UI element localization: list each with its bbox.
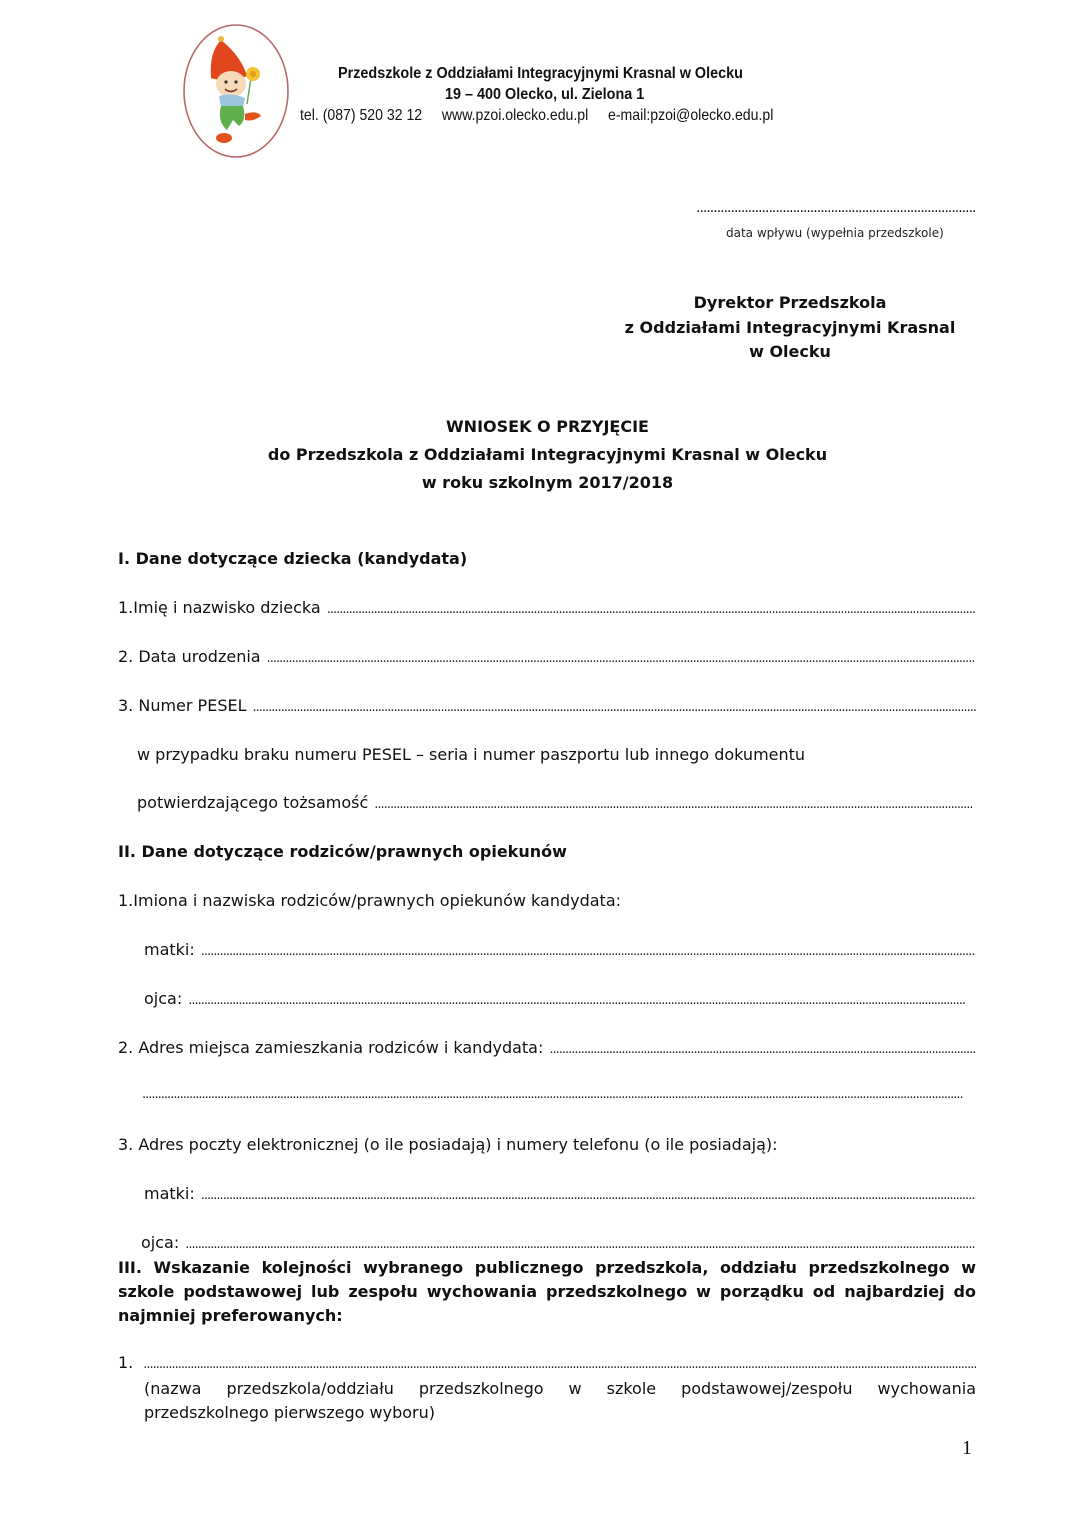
child-name-label: 1.Imię i nazwisko dziecka	[118, 598, 321, 617]
choice-1-row: 1.	[118, 1353, 976, 1372]
receipt-date-field[interactable]: ........................................…	[696, 200, 976, 218]
parents-names-label: 1.Imiona i nazwiska rodziców/prawnych op…	[118, 891, 621, 910]
gnome-mascot-logo-icon	[181, 22, 291, 160]
page-number: 1	[962, 1437, 972, 1460]
title-line3: w roku szkolnym 2017/2018	[240, 469, 855, 497]
choice-1-field[interactable]	[143, 1357, 976, 1372]
website-link[interactable]: www.pzoi.olecko.edu.pl	[442, 107, 588, 124]
pesel-note: w przypadku braku numeru PESEL – seria i…	[137, 745, 805, 764]
mother-contact-field[interactable]	[201, 1188, 976, 1203]
identity-doc-field[interactable]	[374, 797, 973, 812]
title-line1: WNIOSEK O PRZYJĘCIE	[240, 413, 855, 441]
institution-address: 19 – 400 Olecko, ul. Zielona 1	[445, 86, 644, 104]
addressee-line1: Dyrektor Przedszkola	[620, 291, 960, 316]
addressee-line2: z Oddziałami Integracyjnymi Krasnal	[620, 316, 960, 341]
addressee-line3: w Olecku	[620, 340, 960, 365]
address-field-line2[interactable]	[142, 1087, 964, 1102]
section-2-heading: II. Dane dotyczące rodziców/prawnych opi…	[118, 842, 567, 861]
pesel-row: 3. Numer PESEL	[118, 696, 976, 715]
choice-1-number: 1.	[118, 1353, 133, 1372]
father-contact-label: ojca:	[141, 1233, 179, 1252]
father-name-label: ojca:	[144, 989, 182, 1008]
identity-doc-row: potwierdzającego tożsamość	[137, 793, 973, 812]
mother-name-row: matki:	[144, 940, 976, 959]
email-link[interactable]: e-mail:pzoi@olecko.edu.pl	[608, 107, 773, 124]
father-contact-row: ojca:	[141, 1233, 976, 1252]
mother-name-field[interactable]	[201, 944, 976, 959]
father-contact-field[interactable]	[185, 1237, 976, 1252]
section-3-heading: III. Wskazanie kolejności wybranego publ…	[118, 1256, 976, 1328]
address-row-2	[142, 1087, 964, 1102]
father-name-field[interactable]	[188, 993, 966, 1008]
birth-date-field[interactable]	[267, 651, 974, 666]
receipt-date-label: data wpływu (wypełnia przedszkole)	[726, 226, 944, 240]
child-name-row: 1.Imię i nazwisko dziecka	[118, 598, 976, 617]
institution-contact: tel. (087) 520 32 12 www.pzoi.olecko.edu…	[300, 107, 789, 125]
choice-1-hint: (nazwa przedszkola/oddziału przedszkolne…	[144, 1377, 976, 1425]
address-field[interactable]	[549, 1042, 976, 1057]
child-name-field[interactable]	[327, 602, 976, 617]
mother-contact-row: matki:	[144, 1184, 976, 1203]
addressee: Dyrektor Przedszkola z Oddziałami Integr…	[620, 291, 960, 365]
birth-date-row: 2. Data urodzenia	[118, 647, 974, 666]
father-name-row: ojca:	[144, 989, 966, 1008]
mother-contact-label: matki:	[144, 1184, 195, 1203]
institution-name: Przedszkole z Oddziałami Integracyjnymi …	[338, 65, 743, 83]
title-line2: do Przedszkola z Oddziałami Integracyjny…	[240, 441, 855, 469]
address-label: 2. Adres miejsca zamieszkania rodziców i…	[118, 1038, 543, 1057]
mother-name-label: matki:	[144, 940, 195, 959]
pesel-label: 3. Numer PESEL	[118, 696, 247, 715]
identity-doc-label: potwierdzającego tożsamość	[137, 793, 368, 812]
document-title: WNIOSEK O PRZYJĘCIE do Przedszkola z Odd…	[240, 413, 855, 497]
phone: tel. (087) 520 32 12	[300, 107, 422, 124]
pesel-field[interactable]	[253, 700, 977, 715]
address-row: 2. Adres miejsca zamieszkania rodziców i…	[118, 1038, 976, 1057]
section-1-heading: I. Dane dotyczące dziecka (kandydata)	[118, 549, 467, 568]
birth-date-label: 2. Data urodzenia	[118, 647, 261, 666]
contact-label: 3. Adres poczty elektronicznej (o ile po…	[118, 1135, 778, 1154]
